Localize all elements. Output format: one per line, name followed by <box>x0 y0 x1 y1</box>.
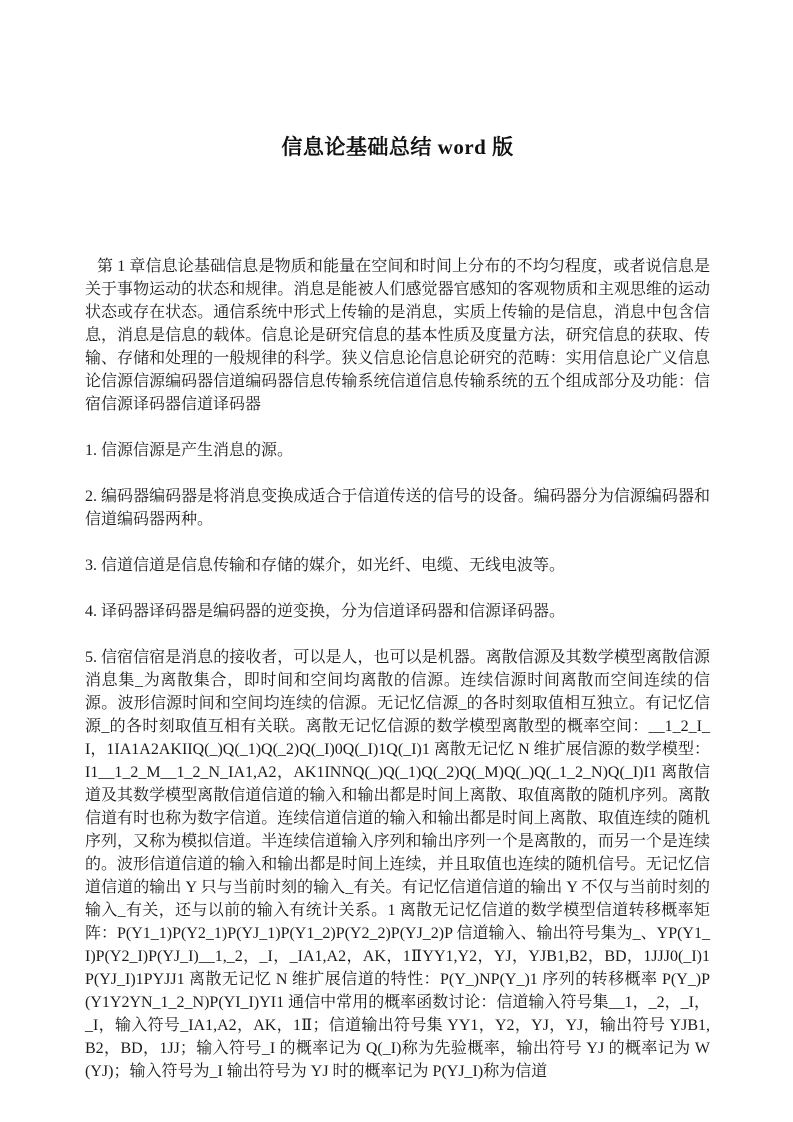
paragraph-intro: 第 1 章信息论基础信息是物质和能量在空间和时间上分布的不均匀程度，或者说信息是… <box>85 255 710 416</box>
paragraph-item-2: 2. 编码器编码器是将消息变换成适合于信道传送的信号的设备。编码器分为信源编码器… <box>85 485 710 531</box>
paragraph-item-4: 4. 译码器译码器是编码器的逆变换，分为信道译码器和信源译码器。 <box>85 600 710 623</box>
document-title: 信息论基础总结 word 版 <box>85 135 710 159</box>
document-page: 信息论基础总结 word 版 第 1 章信息论基础信息是物质和能量在空间和时间上… <box>0 0 793 1122</box>
paragraph-item-5: 5. 信宿信宿是消息的接收者，可以是人，也可以是机器。离散信源及其数学模型离散信… <box>85 646 710 1083</box>
paragraph-item-1: 1. 信源信源是产生消息的源。 <box>85 439 710 462</box>
paragraph-item-3: 3. 信道信道是信息传输和存储的媒介，如光纤、电缆、无线电波等。 <box>85 554 710 577</box>
document-body: 第 1 章信息论基础信息是物质和能量在空间和时间上分布的不均匀程度，或者说信息是… <box>85 255 710 1083</box>
